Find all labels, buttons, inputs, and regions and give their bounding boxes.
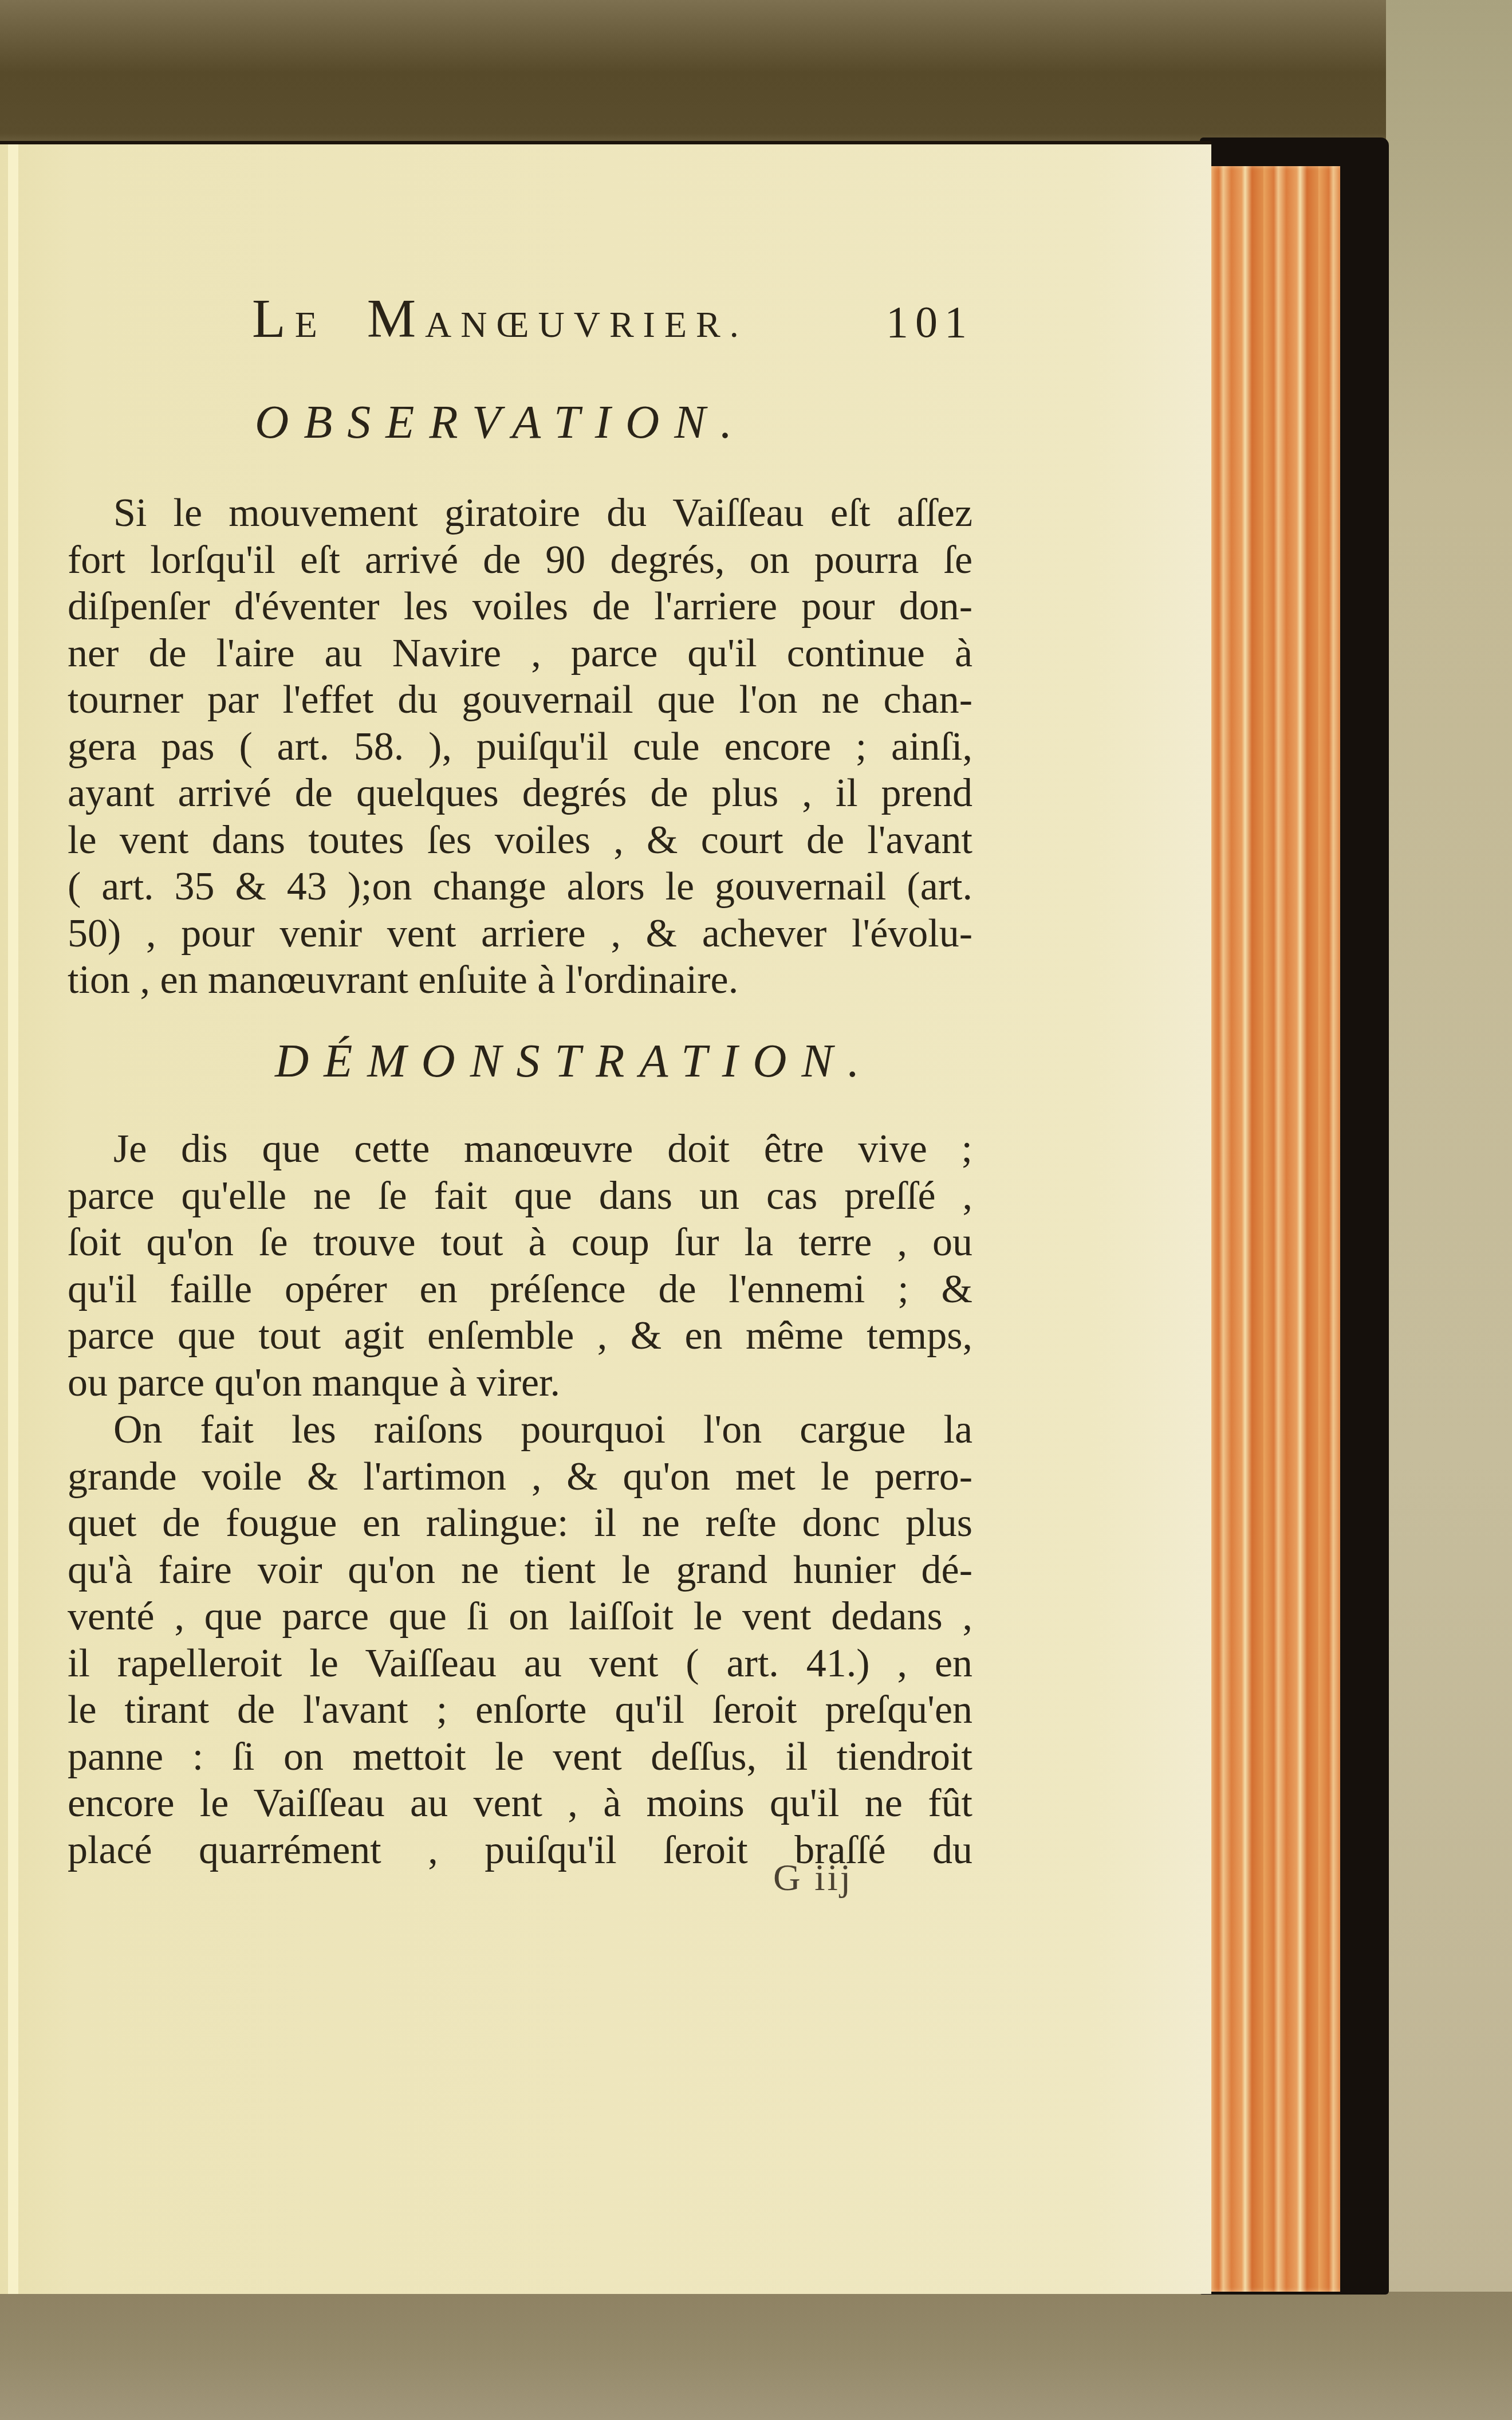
text-line: quet de fougue en ralingue: il ne reſte … bbox=[68, 1500, 972, 1547]
text-line: ou parce qu'on manque à virer. bbox=[68, 1360, 972, 1407]
paragraph-observation: Si le mouvement giratoire du Vaiſſeau eſ… bbox=[68, 490, 972, 1004]
running-head-title: LE MANŒUVRIER. bbox=[252, 286, 748, 350]
text-line: diſpenſer d'éventer les voiles de l'arri… bbox=[68, 583, 972, 630]
paragraph-demonstration-1: Je dis que cette manœuvre doit être vive… bbox=[68, 1126, 972, 1406]
section-heading-demonstration: DÉMONSTRATION. bbox=[275, 1034, 875, 1088]
text-line: 50) , pour venir vent arriere , & acheve… bbox=[68, 910, 972, 957]
book-fore-edge bbox=[1208, 166, 1340, 2292]
text-line: encore le Vaiſſeau au vent , à moins qu'… bbox=[68, 1780, 972, 1827]
text-line: ayant arrivé de quelques degrés de plus … bbox=[68, 770, 972, 817]
paragraph-demonstration-2: On fait les raiſons pourquoi l'on cargue… bbox=[68, 1407, 972, 1873]
background-bottom bbox=[0, 2292, 1512, 2420]
text-line: fort lorſqu'il eſt arrivé de 90 degrés, … bbox=[68, 537, 972, 584]
text-line: ſoit qu'on ſe trouve tout à coup ſur la … bbox=[68, 1219, 972, 1266]
text-line: qu'il faille opérer en préſence de l'enn… bbox=[68, 1266, 972, 1313]
text-line: parce que tout agit enſemble , & en même… bbox=[68, 1313, 972, 1360]
text-line: tourner par l'effet du gouvernail que l'… bbox=[68, 677, 972, 724]
text-line: grande voile & l'artimon , & qu'on met l… bbox=[68, 1453, 972, 1500]
running-head: LE MANŒUVRIER. 101 bbox=[252, 286, 974, 344]
page-gutter-highlight bbox=[8, 144, 18, 2294]
text-line: ner de l'aire au Navire , parce qu'il co… bbox=[68, 630, 972, 677]
text-line: panne : ſi on mettoit le vent deſſus, il… bbox=[68, 1734, 972, 1781]
text-line: gera pas ( art. 58. ), puiſqu'il cule en… bbox=[68, 724, 972, 771]
text-line: ( art. 35 & 43 );on change alors le gouv… bbox=[68, 863, 972, 910]
section-heading-observation: OBSERVATION. bbox=[255, 395, 747, 449]
text-line: qu'à faire voir qu'on ne tient le grand … bbox=[68, 1547, 972, 1594]
text-line: le vent dans toutes ſes voiles , & court… bbox=[68, 817, 972, 864]
signature-mark: G iij bbox=[773, 1856, 853, 1900]
text-line: il rapelleroit le Vaiſſeau au vent ( art… bbox=[68, 1640, 972, 1687]
background-right bbox=[1386, 0, 1512, 2420]
text-line: On fait les raiſons pourquoi l'on cargue… bbox=[68, 1407, 972, 1453]
text-line: le tirant de l'avant ; enſorte qu'il ſer… bbox=[68, 1687, 972, 1734]
text-line: Je dis que cette manœuvre doit être vive… bbox=[68, 1126, 972, 1173]
text-line: tion , en manœuvrant enſuite à l'ordinai… bbox=[68, 957, 972, 1004]
text-line: parce qu'elle ne ſe fait que dans un cas… bbox=[68, 1173, 972, 1220]
page-number: 101 bbox=[886, 296, 974, 348]
text-line: venté , que parce que ſi on laiſſoit le … bbox=[68, 1593, 972, 1640]
text-line: Si le mouvement giratoire du Vaiſſeau eſ… bbox=[68, 490, 972, 537]
